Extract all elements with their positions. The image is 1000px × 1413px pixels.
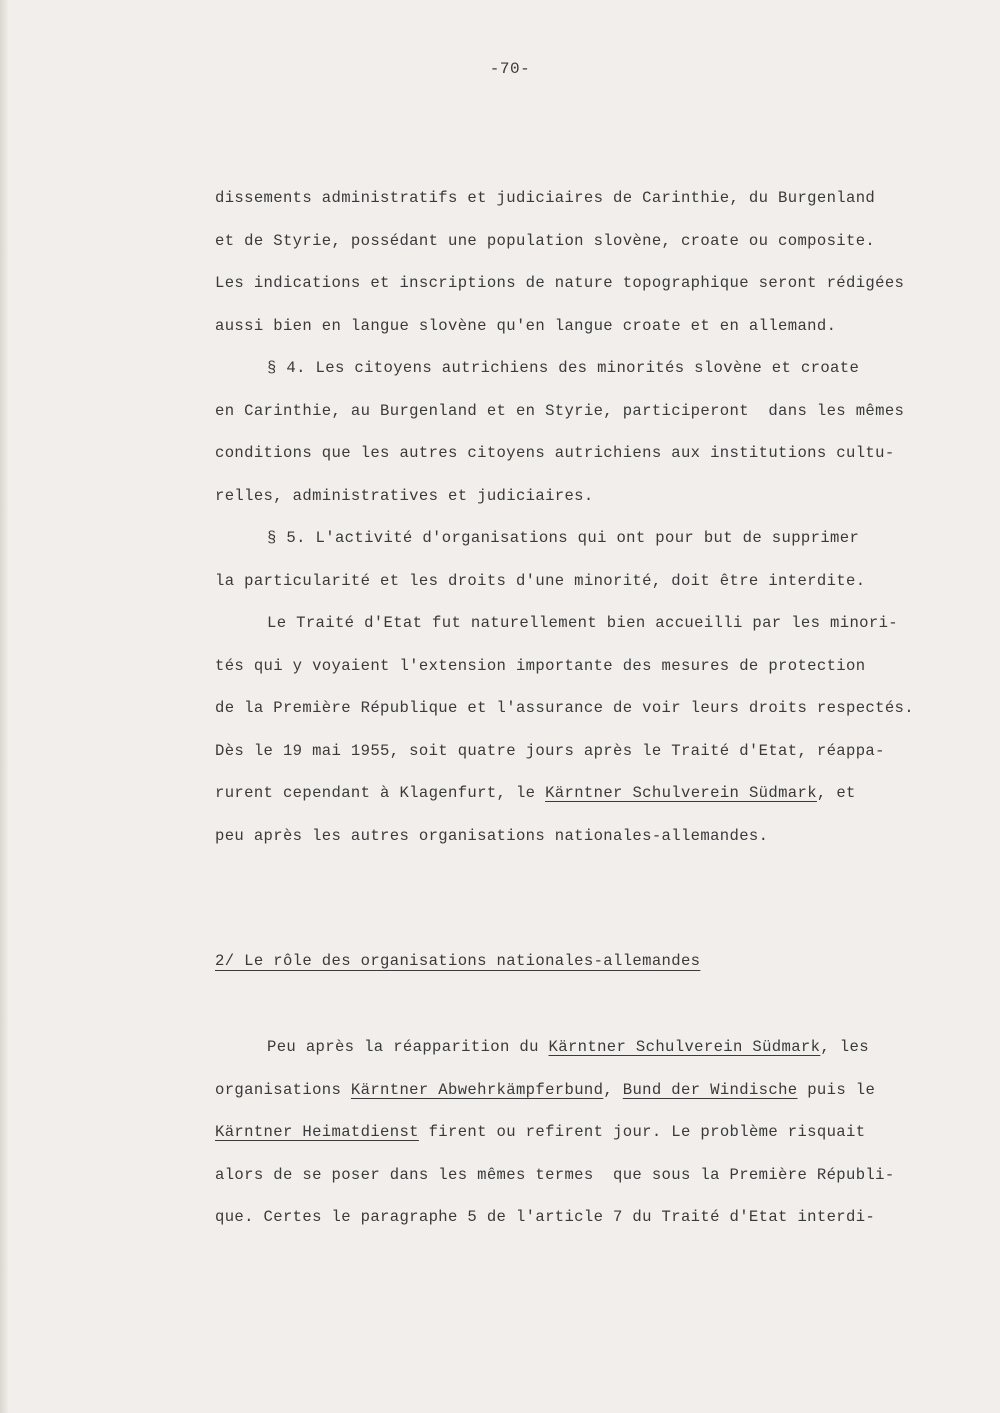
text-line: Dès le 19 mai 1955, soit quatre jours ap… bbox=[215, 741, 885, 761]
text-line: tés qui y voyaient l'extension important… bbox=[215, 656, 865, 676]
text-fragment: , bbox=[603, 1081, 622, 1099]
text-line: en Carinthie, au Burgenland et en Styrie… bbox=[215, 401, 904, 421]
text-line: Kärntner Heimatdienst firent ou refirent… bbox=[215, 1122, 865, 1142]
text-fragment: puis le bbox=[798, 1081, 876, 1099]
text-line: Les indications et inscriptions de natur… bbox=[215, 273, 904, 293]
text-line: de la Première République et l'assurance… bbox=[215, 698, 914, 718]
text-line: conditions que les autres citoyens autri… bbox=[215, 443, 895, 463]
text-fragment: Peu après la réapparition du bbox=[267, 1038, 549, 1056]
paragraph-5-start: § 5. L'activité d'organisations qui ont … bbox=[267, 528, 859, 548]
text-line: dissements administratifs et judiciaires… bbox=[215, 188, 875, 208]
text-line: Peu après la réapparition du Kärntner Sc… bbox=[267, 1037, 869, 1057]
text-fragment: , et bbox=[817, 784, 856, 802]
page-number: -70- bbox=[0, 60, 1000, 78]
treaty-paragraph-start: Le Traité d'Etat fut naturellement bien … bbox=[267, 613, 898, 633]
text-line: la particularité et les droits d'une min… bbox=[215, 571, 865, 591]
organization-name-underlined: Kärntner Schulverein Südmark bbox=[549, 1038, 821, 1056]
text-line: et de Styrie, possédant une population s… bbox=[215, 231, 875, 251]
paragraph-4-start: § 4. Les citoyens autrichiens des minori… bbox=[267, 358, 859, 378]
text-line: relles, administratives et judiciaires. bbox=[215, 486, 594, 506]
text-fragment: organisations bbox=[215, 1081, 351, 1099]
text-line: rurent cependant à Klagenfurt, le Kärntn… bbox=[215, 783, 856, 803]
organization-name-underlined: Bund der Windische bbox=[623, 1081, 798, 1099]
page-edge-shadow bbox=[0, 0, 9, 1413]
text-line: aussi bien en langue slovène qu'en langu… bbox=[215, 316, 836, 336]
text-fragment: firent ou refirent jour. Le problème ris… bbox=[419, 1123, 866, 1141]
text-fragment: , les bbox=[820, 1038, 869, 1056]
section-heading: 2/ Le rôle des organisations nationales-… bbox=[215, 952, 700, 970]
text-fragment: rurent cependant à Klagenfurt, le bbox=[215, 784, 545, 802]
text-line: alors de se poser dans les mêmes termes … bbox=[215, 1165, 895, 1185]
organization-name-underlined: Kärntner Schulverein Südmark bbox=[545, 784, 817, 802]
text-line: peu après les autres organisations natio… bbox=[215, 826, 768, 846]
text-line: que. Certes le paragraphe 5 de l'article… bbox=[215, 1207, 875, 1227]
organization-name-underlined: Kärntner Heimatdienst bbox=[215, 1123, 419, 1141]
organization-name-underlined: Kärntner Abwehrkämpferbund bbox=[351, 1081, 603, 1099]
text-line: organisations Kärntner Abwehrkämpferbund… bbox=[215, 1080, 875, 1100]
